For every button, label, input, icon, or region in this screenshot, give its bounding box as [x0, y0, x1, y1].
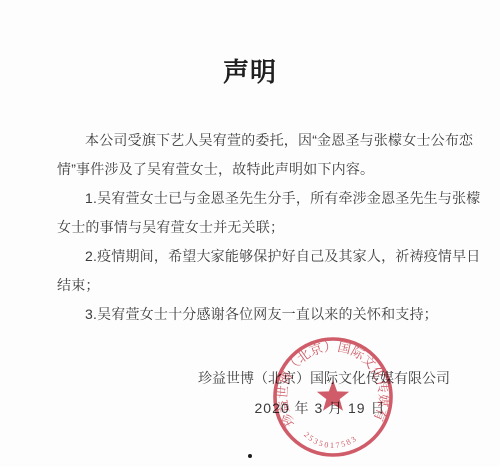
statement-line: 情”事件涉及了吴宥萱女士，故特此声明如下内容。	[57, 155, 463, 184]
seal-serial-number: 2535017583	[302, 430, 359, 450]
document-title: 声明	[0, 52, 500, 89]
statement-body: 本公司受旗下艺人吴宥萱的委托，因“金恩圣与张檬女士公布恋 情”事件涉及了吴宥萱女…	[57, 126, 463, 329]
statement-date: 2020 年 3 月 19 日	[190, 393, 450, 423]
signature-block: 珍益世博（北京）国际文化传媒有限公司 2020 年 3 月 19 日	[190, 363, 450, 423]
statement-line: 结束；	[57, 271, 463, 300]
ink-dot	[248, 454, 252, 458]
statement-line: 2.疫情期间，希望大家能够保护好自己及其家人，祈祷疫情早日	[57, 242, 463, 271]
statement-line: 女士的事情与吴宥萱女士并无关联；	[57, 213, 463, 242]
company-name: 珍益世博（北京）国际文化传媒有限公司	[190, 363, 450, 393]
statement-line: 1.吴宥萱女士已与金恩圣先生分手，所有牵涉金恩圣先生与张檬	[57, 184, 463, 213]
statement-line: 本公司受旗下艺人吴宥萱的委托，因“金恩圣与张檬女士公布恋	[57, 126, 463, 155]
svg-text:2535017583: 2535017583	[302, 430, 359, 450]
statement-document: 声明 本公司受旗下艺人吴宥萱的委托，因“金恩圣与张檬女士公布恋 情”事件涉及了吴…	[0, 0, 500, 466]
statement-line: 3.吴宥萱女士十分感谢各位网友一直以来的关怀和支持；	[57, 300, 463, 329]
